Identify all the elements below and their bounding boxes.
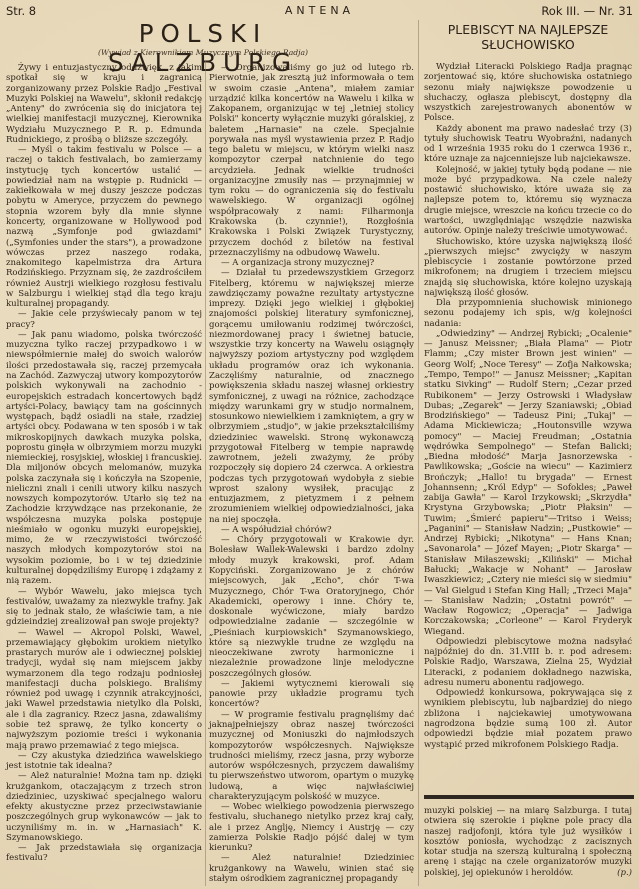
paragraph: „Odwiedziny" — Andrzej Rybicki; „Ocaleni… (424, 329, 632, 637)
column-divider (418, 20, 419, 886)
paragraph: Dla przypomnienia słuchowisk minionego s… (424, 298, 632, 329)
paragraph: — Chóry przygotowali w Krakowie dyr. Bol… (209, 535, 414, 679)
paragraph: — Czy akustyka dziedzińca wawelskiego je… (6, 751, 202, 772)
paragraph: — A współudział chórów? (209, 525, 414, 535)
section-divider (424, 795, 634, 799)
paragraph: Kolejność, w jakiej tytuły będą podane —… (424, 165, 632, 237)
page-header: Str. 8 ANTENA Rok III. — Nr. 31 (6, 4, 633, 20)
paragraph: — Działał tu przedewszystkiem Grzegorz F… (209, 268, 414, 525)
masthead: ANTENA (6, 4, 633, 17)
paragraph: — A organizacja strony muzycznej? (209, 258, 414, 268)
paragraph: — Jak panu wiadomo, polska twórczość muz… (6, 330, 202, 587)
issue-number: Rok III. — Nr. 31 (541, 4, 633, 18)
sidebar-column: Wydział Literacki Polskiego Radja pragną… (424, 62, 632, 750)
paragraph: — Myśl o takim festivalu w Polsce — a ra… (6, 145, 202, 309)
column-divider (205, 60, 206, 886)
sidebar-title: PLEBISCYT NA NAJLEPSZE SŁUCHOWISKO (424, 22, 632, 52)
paragraph: Odpowiedź konkursowa, pokrywająca się z … (424, 688, 632, 750)
paragraph: — W programie festivalu pragnęliśmy dać … (209, 710, 414, 802)
article-column-2: — Organizowaliśmy go już od lutego rb. P… (209, 63, 414, 884)
paragraph: — Jak przedstawiała się organizacja fest… (6, 843, 202, 864)
paragraph: — Jakie cele przyświecały panom w tej pr… (6, 309, 202, 330)
paragraph: Odpowiedzi plebiscytowe można nadsyłać n… (424, 637, 632, 688)
paragraph: Słuchowisko, które uzyska największą ilo… (424, 237, 632, 299)
author-signature: (p.) (617, 868, 632, 878)
article-column-1: Żywy i entuzjastyczny oddźwięk, z jakim … (6, 63, 202, 864)
paragraph: — Wobec wielkiego powodzenia pierwszego … (209, 802, 414, 853)
paragraph: — Ależ naturalnie! Dziedziniec krużganko… (209, 853, 414, 884)
article-continuation: muzyki polskiej — na miarę Salzburga. I … (424, 806, 632, 878)
paragraph: Żywy i entuzjastyczny oddźwięk, z jakim … (6, 63, 202, 145)
paragraph: Wydział Literacki Polskiego Radja pragną… (424, 62, 632, 124)
newspaper-page: Str. 8 ANTENA Rok III. — Nr. 31 POLSKI S… (0, 0, 639, 889)
article-subtitle: (Wywiad z Kierownikiem Muzycznym Polskie… (38, 48, 368, 57)
paragraph: — Jakiemi wytycznemi kierowali się panow… (209, 679, 414, 710)
paragraph: Każdy abonent ma prawo nadesłać trzy (3)… (424, 124, 632, 165)
paragraph: — Organizowaliśmy go już od lutego rb. P… (209, 63, 414, 258)
paragraph: — Wybór Wawelu, jako miejsca tych festiv… (6, 587, 202, 628)
paragraph: — Wawel — Akropol Polski, Wawel, przemaw… (6, 628, 202, 751)
paragraph: — Ależ naturalnie! Można tam np. dzięki … (6, 771, 202, 843)
continuation-text: muzyki polskiej — na miarę Salzburga. I … (424, 806, 632, 878)
